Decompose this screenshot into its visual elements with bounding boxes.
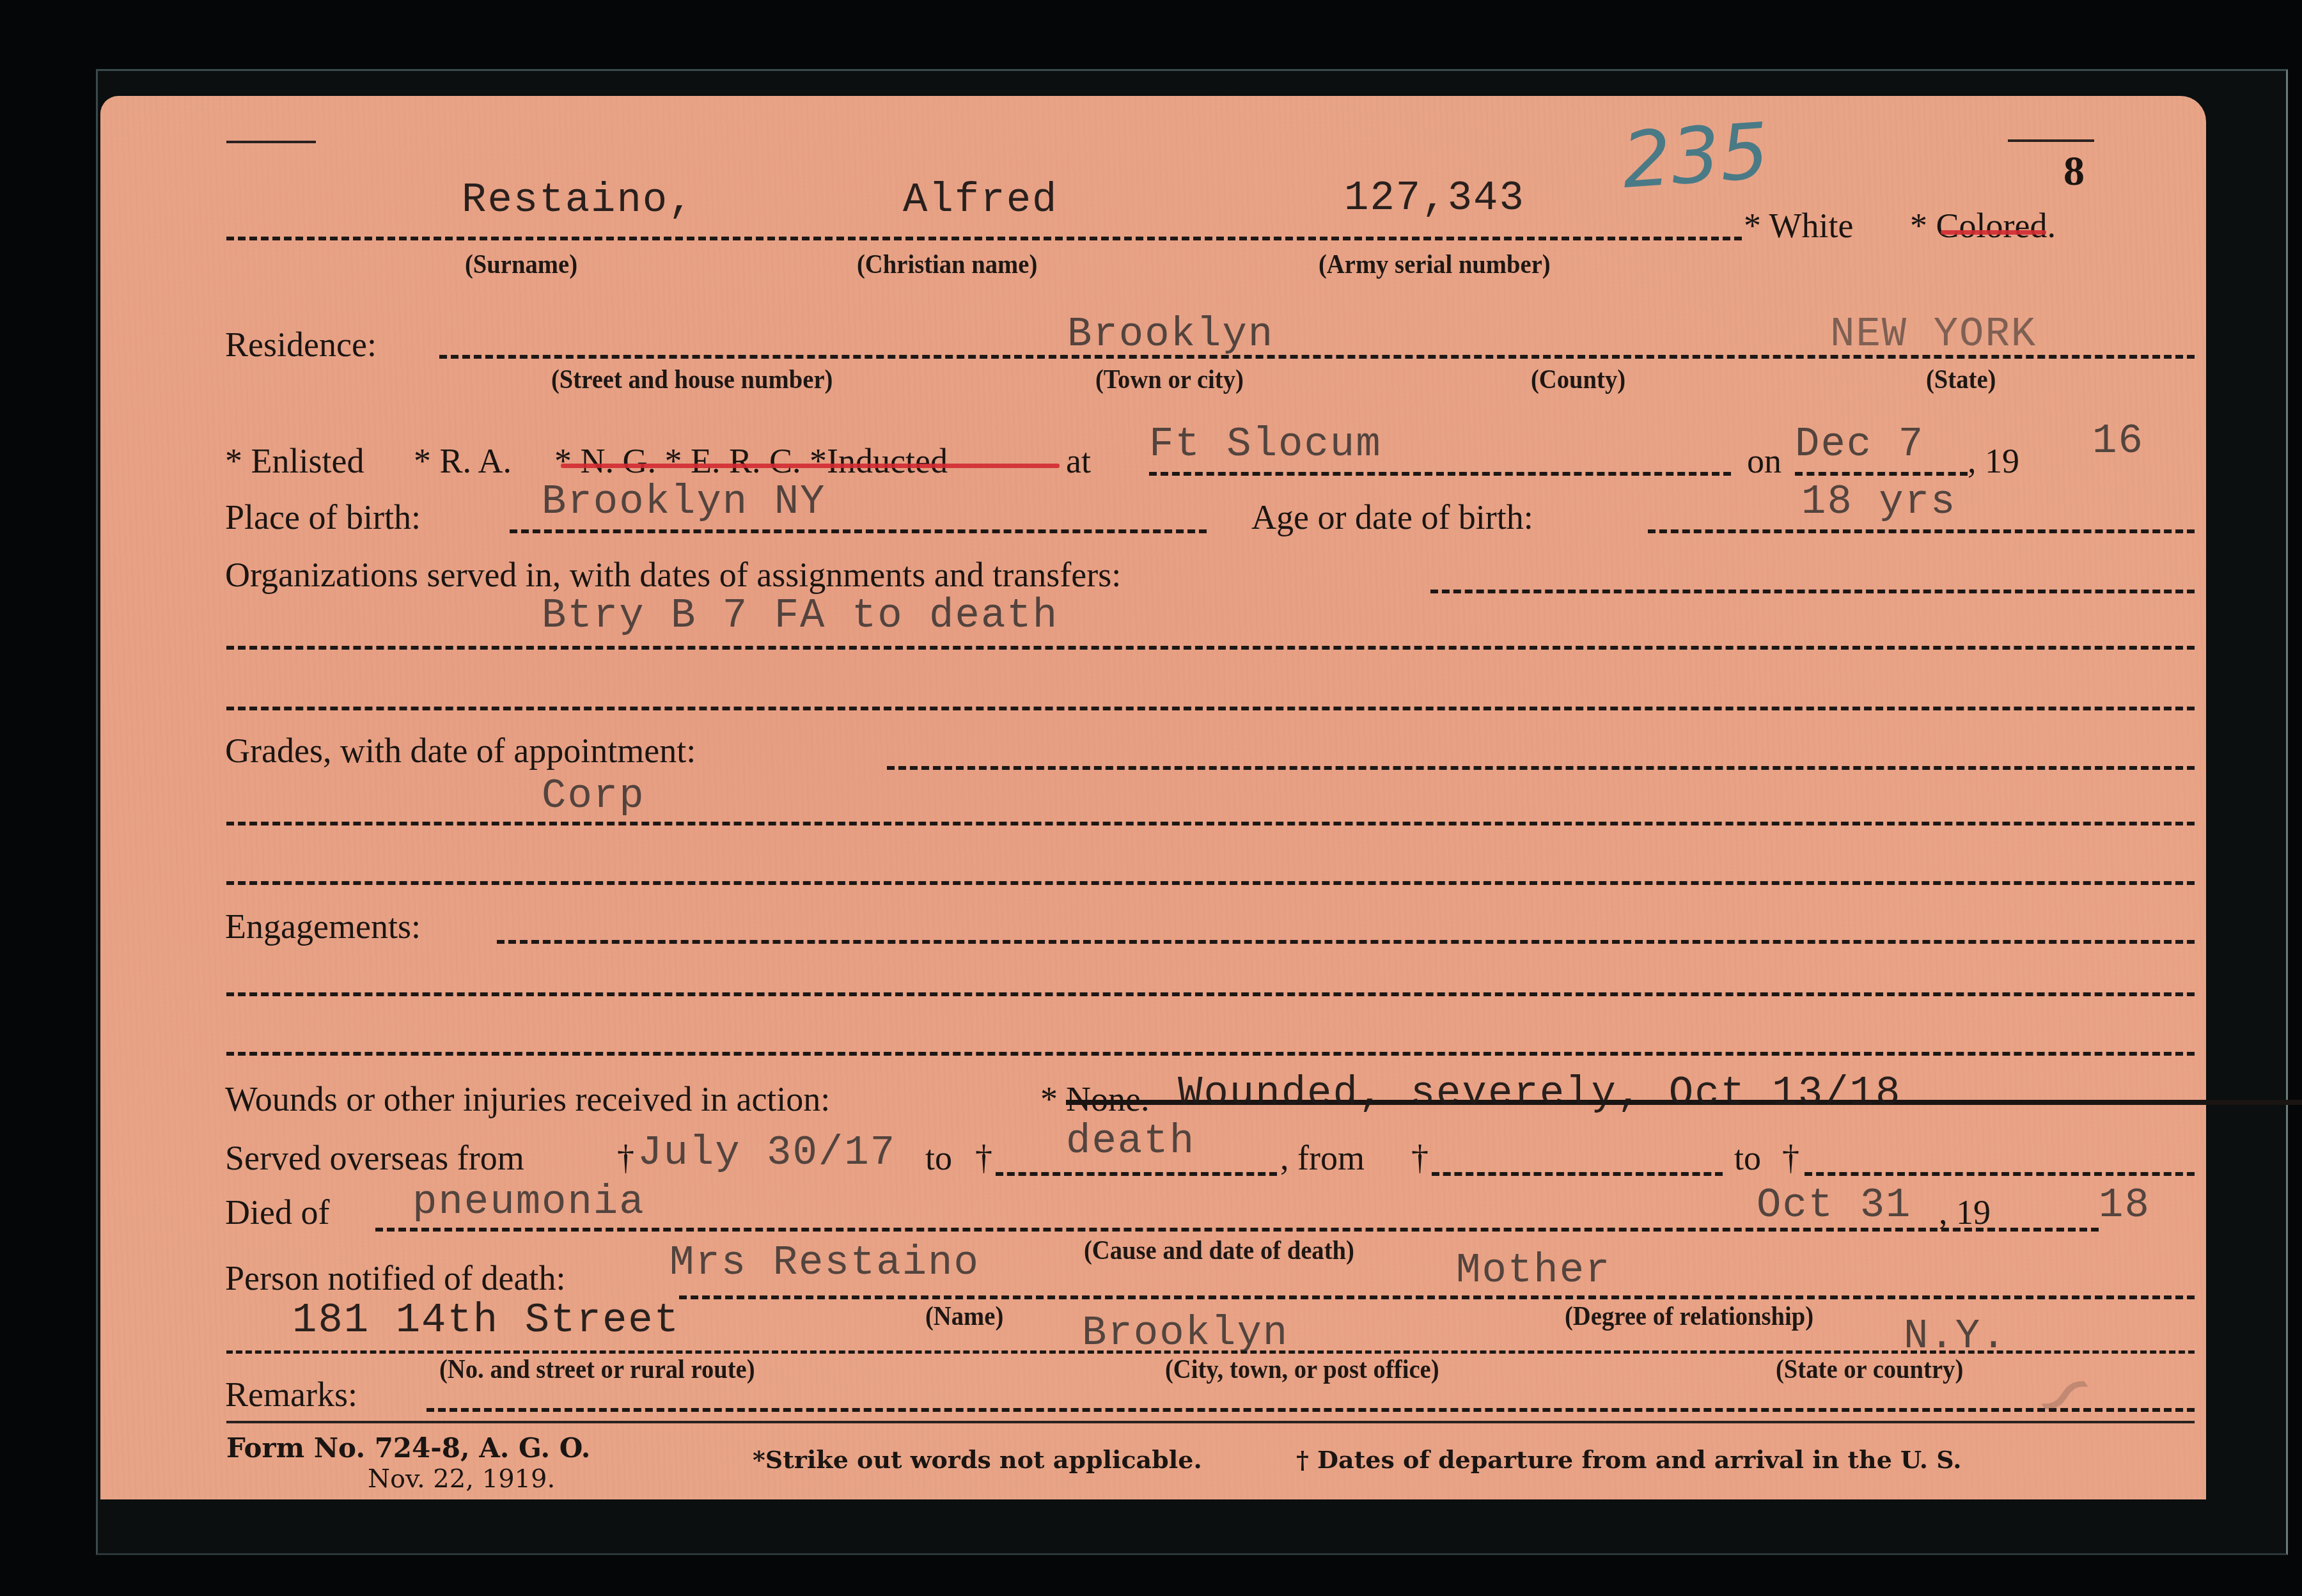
notified-name-caption: (Name) bbox=[925, 1301, 1003, 1332]
colored-strikethrough bbox=[1941, 230, 2046, 235]
residence-label: Residence: bbox=[225, 325, 377, 364]
race-white: * White bbox=[1744, 206, 1853, 246]
engagements-underline-2 bbox=[226, 1052, 2195, 1056]
handwritten-number: 235 bbox=[1619, 107, 1771, 206]
enlistment-date-value: Dec 7 bbox=[1795, 422, 1924, 468]
age-label: Age or date of birth: bbox=[1251, 497, 1533, 537]
residence-state-value: NEW YORK bbox=[1830, 312, 2037, 358]
organization-entry: Btry B 7 FA to death bbox=[542, 593, 1058, 639]
dagger-3: † bbox=[1411, 1138, 1429, 1178]
death-year-value: 18 bbox=[2099, 1183, 2150, 1229]
grades-underline-0 bbox=[887, 766, 2195, 770]
notified-street-value: 181 14th Street bbox=[292, 1298, 680, 1344]
engagements-underline-0 bbox=[497, 940, 2195, 944]
strike-out-note: *Strike out words not applicable. bbox=[753, 1445, 1202, 1474]
age-value: 18 yrs bbox=[1801, 480, 1956, 526]
christian-name-value: Alfred bbox=[903, 178, 1058, 224]
wounds-asterisk: * bbox=[1040, 1079, 1058, 1119]
notified-name-value: Mrs Restaino bbox=[669, 1240, 980, 1287]
engagements-label: Engagements: bbox=[225, 907, 421, 946]
organizations-label: Organizations served in, with dates of a… bbox=[225, 555, 1121, 595]
residence-underline bbox=[439, 355, 2195, 359]
army-serial-number-value: 127,343 bbox=[1344, 176, 1525, 222]
struck-enlistment-options: * N. G. * E. R. C. *Inducted bbox=[554, 441, 948, 481]
enlisted-label: * Enlisted bbox=[225, 441, 364, 481]
state-caption: (State) bbox=[1926, 364, 1996, 395]
dagger-1: † bbox=[617, 1138, 634, 1178]
age-underline bbox=[1648, 529, 2195, 533]
organizations-underline-2 bbox=[226, 707, 2195, 710]
served-overseas-label: Served overseas from bbox=[225, 1138, 524, 1178]
christian-name-caption: (Christian name) bbox=[857, 249, 1037, 280]
address-underline bbox=[226, 1350, 2195, 1354]
faint-pencil-mark: ∽ bbox=[2012, 1339, 2115, 1449]
state-country-caption: (State or country) bbox=[1776, 1354, 1963, 1385]
cause-date-caption: (Cause and date of death) bbox=[1084, 1235, 1354, 1266]
top-left-rule bbox=[226, 141, 316, 143]
place-of-birth-underline bbox=[510, 529, 1207, 533]
wounds-label: Wounds or other injuries received in act… bbox=[225, 1079, 830, 1119]
form-date: Nov. 22, 1919. bbox=[368, 1464, 555, 1494]
overseas-to-1-value: death bbox=[1066, 1119, 1195, 1165]
dagger-2: † bbox=[975, 1138, 992, 1178]
serial-caption: (Army serial number) bbox=[1319, 249, 1551, 280]
enlistment-date-underline bbox=[1795, 472, 1968, 476]
place-of-birth-label: Place of birth: bbox=[225, 497, 421, 537]
enlisted-at-label: at bbox=[1066, 441, 1091, 481]
remarks-label: Remarks: bbox=[225, 1375, 357, 1414]
overseas-to-1-label: to bbox=[925, 1138, 952, 1178]
top-right-rule bbox=[2008, 139, 2094, 142]
enlistment-year-prefix: , 19 bbox=[1968, 441, 2019, 481]
enlistment-year-value: 16 bbox=[2092, 419, 2144, 465]
race-colored: * Colored. bbox=[1910, 206, 2056, 246]
surname-caption: (Surname) bbox=[465, 249, 577, 280]
enlistment-place-value: Ft Slocum bbox=[1149, 422, 1382, 468]
street-caption: (Street and house number) bbox=[551, 364, 833, 395]
dates-note: † Dates of departure from and arrival in… bbox=[1296, 1445, 1962, 1474]
street-route-caption: (No. and street or rural route) bbox=[439, 1354, 755, 1385]
enlistment-place-underline bbox=[1149, 472, 1731, 476]
engagements-underline-1 bbox=[226, 992, 2195, 996]
dagger-4: † bbox=[1782, 1138, 1799, 1178]
footer-separator bbox=[226, 1421, 2195, 1423]
enlisted-on-label: on bbox=[1747, 441, 1781, 481]
card-number: 8 bbox=[2063, 147, 2085, 196]
notified-relationship-value: Mother bbox=[1456, 1248, 1611, 1294]
overseas-from-2-label: , from bbox=[1280, 1138, 1365, 1178]
enlistment-strikethrough bbox=[561, 464, 1060, 468]
overseas-to-2-label: to bbox=[1734, 1138, 1761, 1178]
grades-label: Grades, with date of appointment: bbox=[225, 731, 696, 771]
service-record-card: 235 8 Restaino, Alfred 127,343 * White *… bbox=[100, 96, 2206, 1499]
person-notified-label: Person notified of death: bbox=[225, 1258, 565, 1298]
remarks-underline bbox=[427, 1408, 2195, 1412]
death-year-prefix: , 19 bbox=[1939, 1193, 1991, 1232]
overseas-to-2-underline bbox=[1805, 1172, 2195, 1176]
notified-relationship-caption: (Degree of relationship) bbox=[1565, 1301, 1813, 1332]
wounds-value: Wounded, severely, Oct 13/18 bbox=[1178, 1071, 1901, 1117]
county-caption: (County) bbox=[1531, 364, 1625, 395]
town-caption: (Town or city) bbox=[1095, 364, 1244, 395]
place-of-birth-value: Brooklyn NY bbox=[542, 480, 826, 526]
grades-underline-1 bbox=[226, 822, 2195, 825]
date-of-death-value: Oct 31 bbox=[1757, 1183, 1911, 1229]
surname-value: Restaino, bbox=[462, 178, 694, 224]
overseas-from-1-value: July 30/17 bbox=[638, 1130, 896, 1177]
ra-label: * R. A. bbox=[414, 441, 512, 481]
city-caption: (City, town, or post office) bbox=[1165, 1354, 1439, 1385]
residence-town-value: Brooklyn bbox=[1067, 312, 1274, 358]
notified-underline bbox=[679, 1295, 2195, 1299]
organizations-underline-0 bbox=[1430, 590, 2195, 593]
organizations-underline-1 bbox=[226, 646, 2195, 650]
form-number: Form No. 724-8, A. G. O. bbox=[226, 1432, 590, 1464]
name-underline bbox=[226, 237, 1742, 240]
overseas-to-1-underline bbox=[996, 1172, 1277, 1176]
died-of-label: Died of bbox=[225, 1193, 329, 1232]
grades-underline-2 bbox=[226, 881, 2195, 885]
cause-of-death-value: pneumonia bbox=[412, 1180, 645, 1226]
grade-entry: Corp bbox=[542, 774, 645, 820]
overseas-from-2-underline bbox=[1432, 1172, 1723, 1176]
